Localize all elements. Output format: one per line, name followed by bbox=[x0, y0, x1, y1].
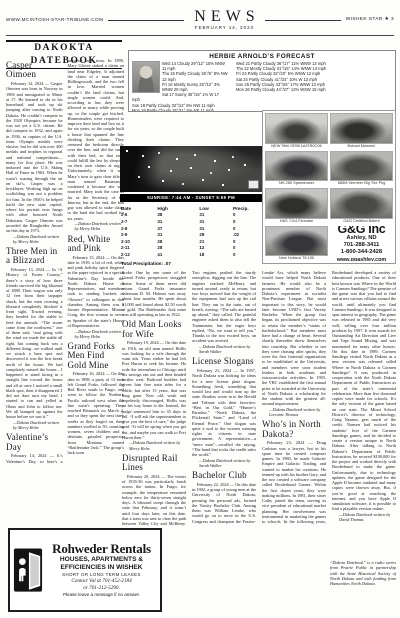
herbie-portrait-photo bbox=[132, 61, 160, 93]
header-rule-right bbox=[265, 20, 341, 21]
site-url: WWW.MCINTOSH-STAR-TRIBUNE.COM bbox=[6, 17, 103, 23]
article-body: February 16, 2024 — On this date in 1898… bbox=[68, 371, 125, 455]
article-title: Disrupted Rail Lines bbox=[122, 454, 186, 473]
cell: 37 bbox=[157, 226, 199, 231]
col-header: Low bbox=[199, 206, 233, 211]
cell: 2-12 bbox=[121, 252, 157, 257]
cell: 2-6 bbox=[121, 212, 157, 217]
masthead-title: NEWS bbox=[189, 9, 259, 24]
cell: 31 bbox=[199, 212, 233, 217]
datebook-series-note: “Dakota Datebook” is a radio series from… bbox=[330, 560, 396, 608]
photo-caption: NH 280 Speedrower bbox=[265, 181, 328, 186]
photo-caption: G&G Certified Balers bbox=[330, 219, 393, 224]
rohweder-rentals-ad: Rohweder Rentals HOUSES, APARTMENTS & EF… bbox=[8, 528, 162, 612]
cell: 28 bbox=[157, 245, 199, 250]
header-rule-left bbox=[108, 20, 184, 21]
article-byline: —Dakota Datebook written by Merry Helm bbox=[68, 329, 125, 339]
total-precipitation: Total Precipitation: .07 bbox=[121, 261, 261, 267]
table-row: 2-1241180 bbox=[121, 251, 261, 258]
article-byline: —Dakota Datebook written by Merry Helm bbox=[122, 440, 186, 450]
dealer-phone: 701-288-3411 bbox=[330, 242, 393, 249]
cell: 12 bbox=[199, 245, 233, 250]
article-title: Grand Forks Men Find Gold Mine bbox=[68, 342, 125, 370]
article-byline: —Dakota Datebook written by Sarah Walker bbox=[192, 344, 256, 354]
cell: 31 bbox=[199, 219, 233, 224]
ad-photo-vermeer: 665M Vermeer Big Tire Pkg bbox=[330, 151, 393, 187]
edition-page-number: WISHEK STAR ★ 3 bbox=[346, 17, 394, 23]
dealer-phone-tollfree: 1-800-344-2428 bbox=[330, 249, 393, 256]
article-byline: —Dakota Datebook written by Merry Helm bbox=[68, 221, 125, 231]
col-header: Precip. bbox=[233, 206, 261, 211]
article-title: Three Men in a Blizzard bbox=[6, 247, 63, 266]
header-divider bbox=[6, 35, 394, 36]
cell: 0 bbox=[233, 245, 261, 250]
photo-caption: NEW Stihl GR0K1A/GR0C06 bbox=[265, 144, 328, 149]
article-red-white-pink: Red, White and Pink February 15, 2024 — … bbox=[68, 235, 125, 339]
cell: 2-7 bbox=[121, 219, 157, 224]
table-row: 2-1128120 bbox=[121, 245, 261, 252]
rohweder-message-note: Please leave a message if no answer. bbox=[46, 592, 157, 598]
article-title: License Slogans bbox=[192, 357, 256, 366]
forecast-week1: Wed 14 Cloudy 29°/12° 15% NNW 11 mph Thu… bbox=[132, 61, 228, 112]
article-text: In “A History of Foster County,” there’s… bbox=[6, 267, 63, 419]
cell: 28 bbox=[157, 239, 199, 244]
cell: 21 bbox=[199, 239, 233, 244]
ad-photo-flexrake: H&S 7114 Flexrake bbox=[265, 188, 328, 224]
article-casper-oimoen: Casper Oimoen February 12, 2024 — Casper… bbox=[6, 61, 63, 244]
article-title: Who’s in North Dakota? bbox=[262, 420, 326, 439]
article-date: February 13, 2024 — bbox=[11, 267, 50, 272]
newspaper-page: { "header": { "site_url": "WWW.MCINTOSH-… bbox=[0, 0, 400, 618]
ad-photo-bobcat: Bobcat Mowers! bbox=[330, 113, 393, 149]
forecast-box: HERBIE ARNOLD’S FORECAST Wed 14 Cloudy 2… bbox=[128, 50, 396, 112]
equipment-photo bbox=[330, 188, 393, 219]
equipment-photo bbox=[265, 226, 328, 257]
rohweder-title: Rohweder Rentals bbox=[46, 542, 157, 555]
article-title: Bachelor Club bbox=[192, 471, 256, 480]
article-date: February 19, 2024 — bbox=[127, 340, 164, 345]
article-title: Casper Oimoen bbox=[6, 61, 63, 80]
cell: 0 bbox=[233, 252, 261, 257]
cell: 31 bbox=[157, 232, 199, 237]
issue-date: FEBRUARY 14, 2023 bbox=[189, 25, 259, 31]
datebook-columns: Casper Oimoen February 12, 2024 — Casper… bbox=[6, 58, 124, 524]
article-text: On this date in 1939, a bit of red, whit… bbox=[68, 255, 125, 328]
cell: 41 bbox=[157, 252, 199, 257]
article-old-man-wife: Old Man Looks for Wife February 19, 2024… bbox=[122, 320, 186, 451]
equipment-photo bbox=[265, 113, 328, 144]
article-date: February 21, 2024 — bbox=[197, 368, 238, 373]
article-byline: —Dakota Datebook written by Merry Helm bbox=[6, 420, 63, 430]
article-text: On this date in 1916, an old man named H… bbox=[122, 340, 186, 440]
article-body: February 15, 2024 — On this date in 1939… bbox=[68, 255, 125, 329]
cell: 0 bbox=[233, 226, 261, 231]
ad-photo-tractor: New Holland T6.155 bbox=[265, 226, 328, 262]
gold-mine-continuation: broke. One by one some of the Grand Fork… bbox=[122, 270, 186, 317]
photo-caption: H&S 7114 Flexrake bbox=[265, 219, 328, 224]
rohweder-services: HOUSES, APARTMENTS & EFFICIENCIES IN WIS… bbox=[46, 556, 157, 571]
dealer-website: www.ggashley.com bbox=[330, 257, 393, 261]
cell: 31 bbox=[199, 226, 233, 231]
forecast-week2: Wed 21 Partly Cloudy 36°/17° 11% WNW 13 … bbox=[236, 61, 392, 112]
dealer-city: Ashley, ND bbox=[330, 235, 393, 242]
equipment-photo bbox=[265, 151, 328, 182]
article-byline: —Dakota Datebook written by Merry Helm bbox=[6, 234, 63, 244]
article-gold-mine: Grand Forks Men Find Gold Mine February … bbox=[68, 342, 125, 455]
cell: 18 bbox=[199, 252, 233, 257]
page-header: WWW.MCINTOSH-STAR-TRIBUNE.COM NEWS FEBRU… bbox=[6, 9, 394, 31]
photo-caption: 665M Vermeer Big Tire Pkg bbox=[330, 181, 393, 186]
rohweder-ad-text: Rohweder Rentals HOUSES, APARTMENTS & EF… bbox=[46, 542, 157, 598]
cell: 28 bbox=[199, 232, 233, 237]
forecast-line: Mon 19 Partly Cloudy 25°/11° 6% NE 11 mp… bbox=[132, 108, 228, 112]
table-header-row: DateHighLowPrecip. bbox=[121, 205, 261, 212]
forecast-line: Sat 17 Sunny 36°/16° 1% W 17 mph bbox=[132, 92, 228, 102]
article-date: February 20, 2024 — bbox=[127, 474, 165, 479]
equipment-photo bbox=[330, 113, 393, 144]
article-byline: —Dakota Datebook written by Lorraine Tho… bbox=[262, 407, 326, 417]
article-date: February 14, 2024 — bbox=[11, 453, 54, 458]
cell: 38 bbox=[157, 212, 199, 217]
table-row: 2-731310 bbox=[121, 218, 261, 225]
sunrise-sunset-bar: SUNRISE: 7:44 AM - SUNSET 5:59 PM bbox=[120, 194, 262, 202]
cell: 2-9 bbox=[121, 232, 157, 237]
cell: 0 bbox=[233, 212, 261, 217]
gg-dealer-info: G&G Inc Ashley, ND 701-288-3411 1-800-34… bbox=[330, 226, 393, 262]
article-byline: —Dakota Datebook written by David Thomas bbox=[332, 512, 396, 522]
article-text: In 1957, North Dakota was looking for id… bbox=[192, 368, 256, 457]
article-license-slogans: License Slogans February 21, 2024 — In 1… bbox=[192, 357, 256, 468]
ad-photo-speedrower: NH 280 Speedrower bbox=[265, 151, 328, 187]
table-row: 2-837310 bbox=[121, 225, 261, 232]
article-body: February 12, 2024 — Casper Oimoen was bo… bbox=[6, 81, 63, 233]
gg-equipment-ad: NEW Stihl GR0K1A/GR0C06 Bobcat Mowers! N… bbox=[262, 110, 396, 264]
cell: 2-8 bbox=[121, 226, 157, 231]
table-row: 2-1028210 bbox=[121, 238, 261, 245]
article-title: Old Man Looks for Wife bbox=[122, 320, 186, 339]
article-date: February 16, 2024 — bbox=[73, 371, 111, 376]
equipment-photo bbox=[330, 151, 393, 182]
cell: 31 bbox=[157, 219, 199, 224]
map-legend-box bbox=[248, 180, 259, 189]
cell: .02 bbox=[233, 232, 261, 237]
cell: 0 bbox=[233, 239, 261, 244]
article-title: Red, White and Pink bbox=[68, 235, 125, 254]
article-title: Valentine’s Day bbox=[6, 433, 63, 452]
satellite-weather-map bbox=[120, 146, 262, 192]
article-body: February 21, 2024 — In 1957, North Dakot… bbox=[192, 368, 256, 457]
ad-photo-balers: G&G Certified Balers bbox=[330, 188, 393, 224]
table-row: 2-638310 bbox=[121, 212, 261, 219]
article-three-men-blizzard: Three Men in a Blizzard February 13, 202… bbox=[6, 247, 63, 430]
dealer-name: G&G Inc bbox=[330, 226, 393, 235]
table-row: 2-93128.02 bbox=[121, 231, 261, 238]
col-header: High bbox=[157, 206, 199, 211]
article-date: February 15, 2024 — bbox=[73, 255, 111, 260]
photo-caption: Bobcat Mowers! bbox=[330, 144, 393, 149]
equipment-photo bbox=[265, 188, 328, 219]
photo-caption: New Holland T6.155 bbox=[265, 256, 328, 261]
article-text: Casper Oimoen was born in Norway in 1906… bbox=[6, 81, 63, 233]
masthead-block: NEWS FEBRUARY 14, 2023 bbox=[189, 9, 259, 31]
cell: 2-10 bbox=[121, 239, 157, 244]
door-icon bbox=[13, 546, 43, 594]
temperature-table: DateHighLowPrecip. 2-638310 2-731310 2-8… bbox=[121, 205, 261, 267]
article-body: February 13, 2024 — In “A History of Fos… bbox=[6, 267, 63, 419]
article-text: On this date in 1898, a party of 13 men … bbox=[68, 371, 125, 455]
article-byline: —Dakota Datebook written by Sarah Walker bbox=[192, 458, 256, 468]
cell: 2-11 bbox=[121, 245, 157, 250]
article-date: February 23, 2024 — bbox=[267, 440, 313, 445]
rohweder-contact-alt: or 701-212-5290. bbox=[46, 585, 157, 591]
forecast-line: Mon 26 Partly Cloudy 44°/27° 12% WSW 15 … bbox=[236, 87, 392, 92]
forecast-body: Wed 14 Cloudy 29°/12° 15% NNW 11 mph Thu… bbox=[129, 61, 395, 112]
map-temperature-markers bbox=[126, 150, 128, 152]
ad-photo-stihl: NEW Stihl GR0K1A/GR0C06 bbox=[265, 113, 328, 149]
article-date: February 12, 2024 — bbox=[11, 81, 49, 86]
article-body: February 19, 2024 — On this date in 1916… bbox=[122, 340, 186, 440]
col-header: Date bbox=[121, 206, 157, 211]
cell: 0 bbox=[233, 219, 261, 224]
article-date: February 22, 2024 — bbox=[197, 482, 234, 487]
forecast-title: HERBIE ARNOLD’S FORECAST bbox=[129, 52, 395, 61]
